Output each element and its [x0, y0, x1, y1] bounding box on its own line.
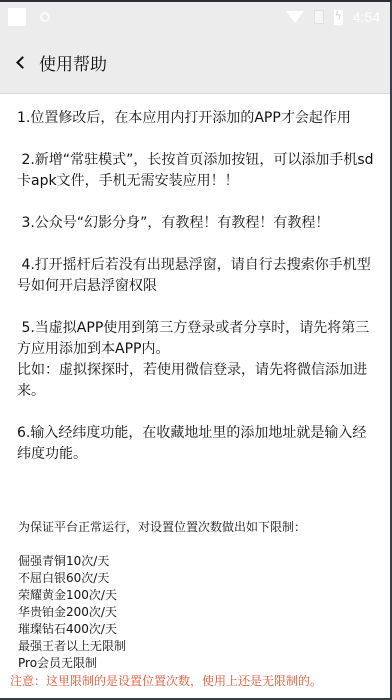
help-item-4: 4.打开摇杆后若没有出现悬浮窗，请自行去搜索你手机型号如何开启悬浮窗权限 — [17, 255, 374, 297]
tier-diamond: 璀璨钻石400次/天 — [18, 621, 374, 638]
help-item-3: 3.公众号“幻影分身”，有教程！有教程！有教程！ — [17, 213, 374, 234]
tier-pro: Pro会员无限制 — [18, 655, 374, 672]
notification-square-icon — [8, 8, 26, 26]
help-item-6: 6.输入经纬度功能，在收藏地址里的添加地址就是输入经纬度功能。 — [17, 423, 374, 465]
chevron-left-icon[interactable] — [16, 56, 29, 69]
limits-note: 注意：这里限制的是设置位置次数，使用上还是无限制的。 — [10, 673, 322, 690]
shield-icon — [40, 12, 50, 22]
limits-section: 为保证平台正常运行，对设置位置次数做出如下限制： 倔强青铜10次/天 不屈白银6… — [17, 519, 374, 672]
app-bar: 使用帮助 — [0, 32, 390, 94]
battery-charging-icon — [334, 10, 343, 25]
status-time: 4:54 — [353, 9, 380, 25]
help-content: 1.位置修改后，在本应用内打开添加的APP才会起作用 2.新增“常驻模式”，长按… — [0, 94, 390, 672]
status-bar: 4:54 — [0, 2, 390, 32]
no-sim-icon — [314, 10, 324, 24]
page-title: 使用帮助 — [39, 50, 107, 75]
tier-platinum: 华贵铂金200次/天 — [18, 604, 374, 621]
tier-bronze: 倔强青铜10次/天 — [18, 553, 374, 570]
help-item-2: 2.新增“常驻模式”，长按首页添加按钮，可以添加手机sd卡apk文件，手机无需安… — [17, 150, 374, 192]
help-item-5: 5.当虚拟APP使用到第三方登录或者分享时，请先将第三方应用添加到本APP内。 … — [17, 318, 374, 402]
tier-king: 最强王者以上无限制 — [18, 638, 374, 655]
tier-silver: 不屈白银60次/天 — [18, 570, 374, 587]
tier-gold: 荣耀黄金100次/天 — [18, 587, 374, 604]
screen: 4:54 使用帮助 1.位置修改后，在本应用内打开添加的APP才会起作用 2.新… — [0, 0, 392, 700]
limits-intro: 为保证平台正常运行，对设置位置次数做出如下限制： — [18, 519, 374, 536]
wifi-icon — [286, 11, 304, 23]
help-item-1: 1.位置修改后，在本应用内打开添加的APP才会起作用 — [17, 108, 374, 129]
